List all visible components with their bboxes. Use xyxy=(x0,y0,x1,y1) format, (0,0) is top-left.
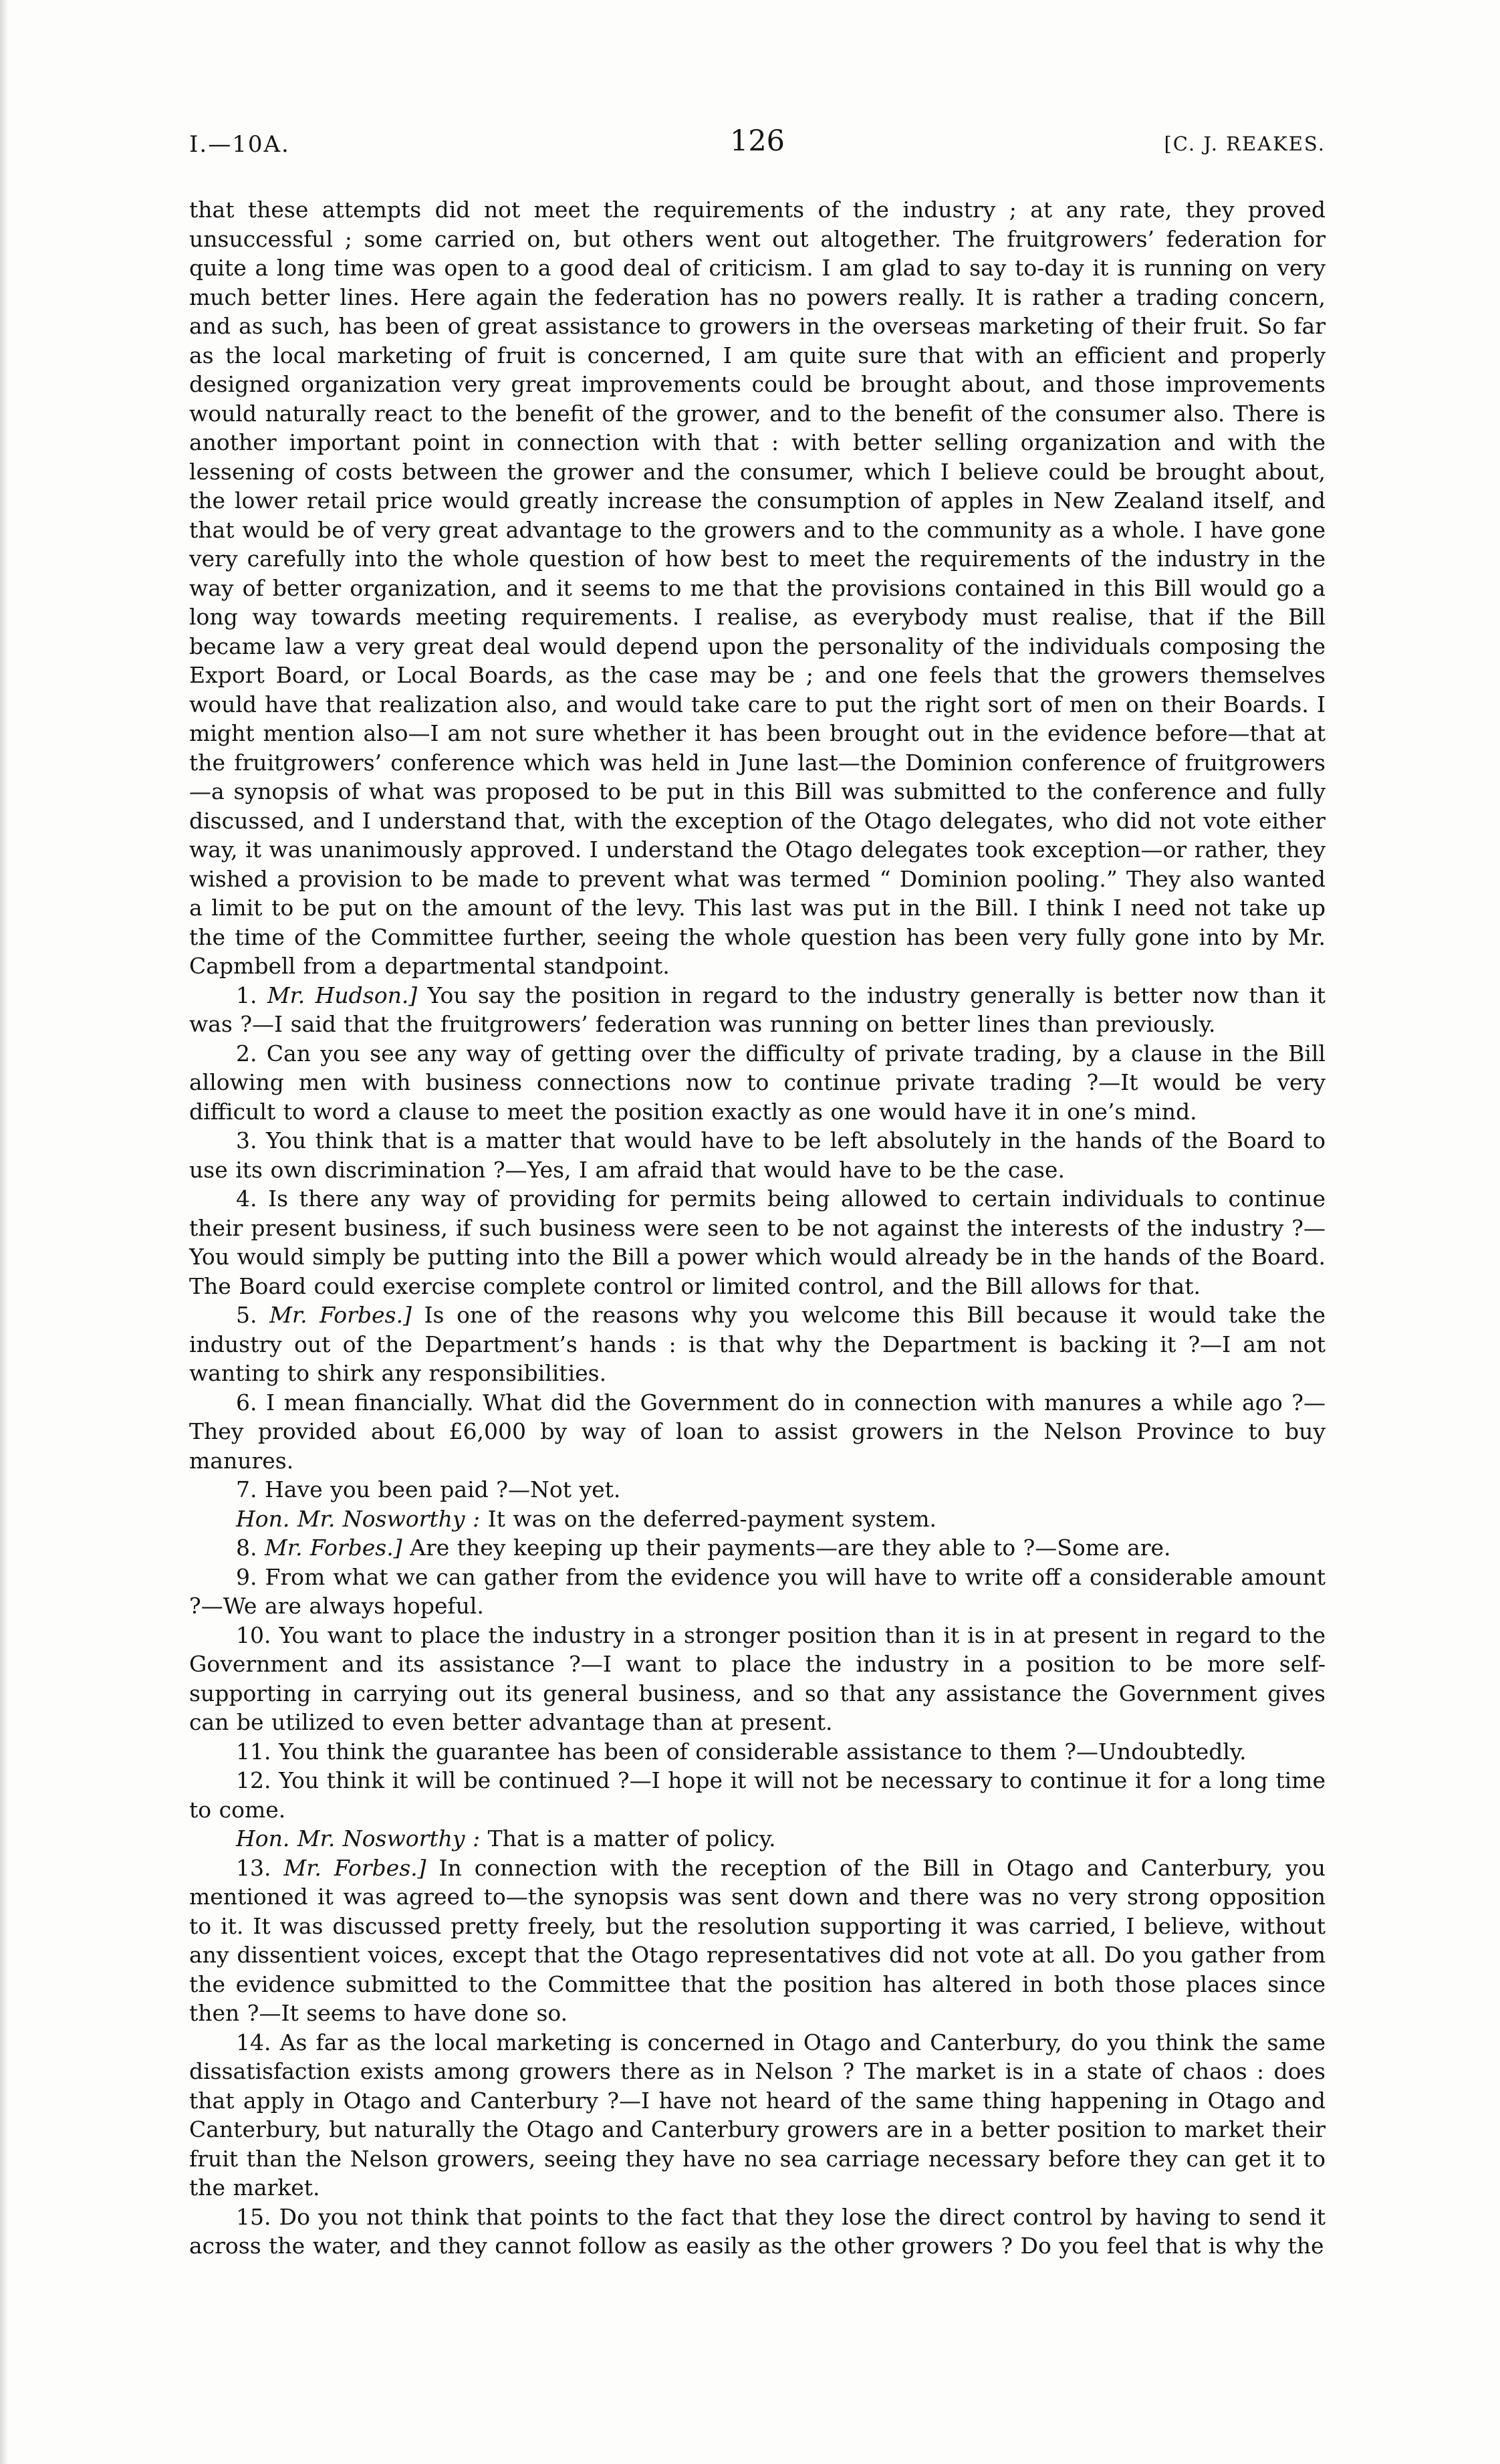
question-number: 13. xyxy=(236,1855,271,1881)
question-number: 7. xyxy=(236,1476,257,1502)
question-number: 5. xyxy=(236,1302,257,1328)
qa-item-1: 1. Mr. Hudson.] You say the position in … xyxy=(189,981,1326,1039)
question-number: 11. xyxy=(236,1739,271,1765)
qa-text: You want to place the industry in a stro… xyxy=(189,1622,1326,1736)
speaker-name: Hon. Mr. Nosworthy : xyxy=(236,1506,480,1532)
qa-text: Is there any way of providing for permit… xyxy=(189,1186,1326,1299)
interjection-2: Hon. Mr. Nosworthy : That is a matter of… xyxy=(189,1824,1326,1854)
qa-text: Do you not think that points to the fact… xyxy=(189,2204,1326,2259)
continuation-paragraph: that these attempts did not meet the req… xyxy=(189,195,1326,981)
qa-item-12: 12. You think it will be continued ?—I h… xyxy=(189,1766,1326,1824)
qa-text: As far as the local marketing is concern… xyxy=(189,2029,1326,2201)
qa-item-13: 13. Mr. Forbes.] In connection with the … xyxy=(189,1854,1326,2028)
testimony-body: that these attempts did not meet the req… xyxy=(189,195,1326,2261)
qa-text: That is a matter of policy. xyxy=(488,1825,776,1852)
qa-item-5: 5. Mr. Forbes.] Is one of the reasons wh… xyxy=(189,1301,1326,1388)
speaker-name: Mr. Forbes.] xyxy=(283,1855,426,1881)
qa-text: You think the guarantee has been of cons… xyxy=(279,1739,1247,1765)
question-number: 15. xyxy=(236,2204,271,2230)
interjection-1: Hon. Mr. Nosworthy : It was on the defer… xyxy=(189,1504,1326,1534)
question-number: 2. xyxy=(236,1040,257,1067)
qa-item-8: 8. Mr. Forbes.] Are they keeping up thei… xyxy=(189,1533,1326,1563)
question-number: 8. xyxy=(236,1535,257,1561)
qa-item-10: 10. You want to place the industry in a … xyxy=(189,1621,1326,1737)
qa-text: From what we can gather from the evidenc… xyxy=(189,1564,1326,1619)
question-number: 14. xyxy=(236,2029,271,2055)
scanned-document-page: I.—10A. 126 [C. J. REAKES. that these at… xyxy=(0,0,1500,2464)
qa-item-2: 2. Can you see any way of getting over t… xyxy=(189,1039,1326,1127)
question-number: 4. xyxy=(236,1186,257,1212)
witness-name-header: [C. J. REAKES. xyxy=(1164,132,1326,155)
page-header: I.—10A. 126 [C. J. REAKES. xyxy=(189,124,1326,171)
qa-text: You think it will be continued ?—I hope … xyxy=(189,1767,1326,1823)
speaker-name: Mr. Hudson.] xyxy=(267,982,417,1008)
qa-item-6: 6. I mean financially. What did the Gove… xyxy=(189,1388,1326,1476)
qa-item-14: 14. As far as the local marketing is con… xyxy=(189,2028,1326,2203)
question-number: 1. xyxy=(236,982,257,1008)
qa-item-9: 9. From what we can gather from the evid… xyxy=(189,1563,1326,1621)
question-number: 10. xyxy=(236,1622,271,1648)
speaker-name: Hon. Mr. Nosworthy : xyxy=(236,1825,480,1852)
qa-text: I mean financially. What did the Governm… xyxy=(189,1389,1326,1474)
page-number: 126 xyxy=(730,124,785,158)
qa-text: Have you been paid ?—Not yet. xyxy=(265,1476,620,1502)
qa-item-3: 3. You think that is a matter that would… xyxy=(189,1126,1326,1184)
speaker-name: Mr. Forbes.] xyxy=(265,1535,402,1561)
qa-item-4: 4. Is there any way of providing for per… xyxy=(189,1184,1326,1301)
question-number: 3. xyxy=(236,1127,257,1153)
qa-item-11: 11. You think the guarantee has been of … xyxy=(189,1737,1326,1767)
qa-text: Are they keeping up their payments—are t… xyxy=(410,1535,1170,1561)
question-number: 12. xyxy=(236,1767,271,1793)
qa-text: You think that is a matter that would ha… xyxy=(189,1127,1326,1183)
qa-item-7: 7. Have you been paid ?—Not yet. xyxy=(189,1475,1326,1504)
question-number: 6. xyxy=(236,1389,257,1416)
speaker-name: Mr. Forbes.] xyxy=(269,1302,412,1328)
qa-text: Can you see any way of getting over the … xyxy=(189,1040,1326,1125)
qa-item-15: 15. Do you not think that points to the … xyxy=(189,2203,1326,2261)
qa-text: It was on the deferred-payment system. xyxy=(488,1506,936,1532)
question-number: 9. xyxy=(236,1564,257,1590)
document-reference: I.—10A. xyxy=(189,131,290,158)
